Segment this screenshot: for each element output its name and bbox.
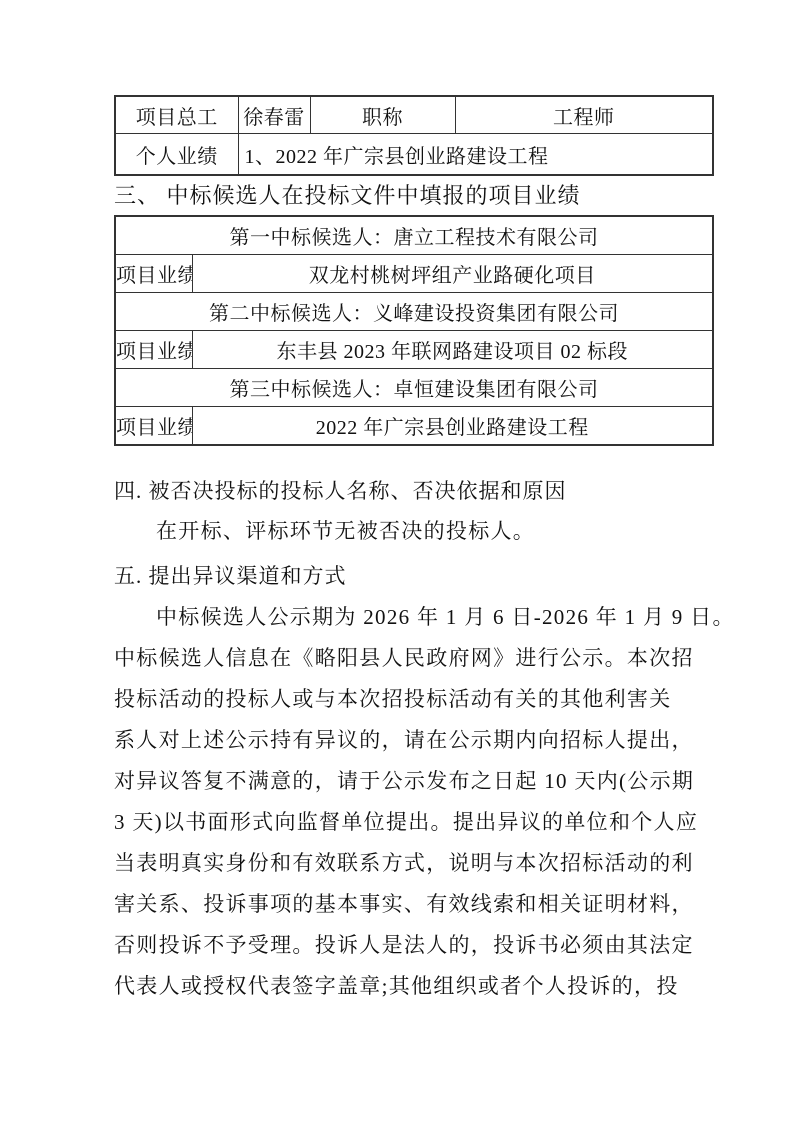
paragraph-line: 3 天)以书面形式向监督单位提出。提出异议的单位和个人应: [114, 802, 714, 843]
paragraph-line: 害关系、投诉事项的基本事实、有效线索和相关证明材料，: [114, 884, 714, 925]
second-candidate-name: 第二中标候选人：义峰建设投资集团有限公司: [115, 293, 713, 331]
project-chief-name: 徐春雷: [238, 96, 310, 134]
project-achievement-label: 项目业绩: [115, 331, 192, 369]
table-row: 个人业绩 1、2022 年广宗县创业路建设工程: [115, 134, 713, 176]
table-row: 项目业绩 东丰县 2023 年联网路建设项目 02 标段: [115, 331, 713, 369]
section-four-body: 在开标、评标环节无被否决的投标人。: [114, 511, 535, 552]
second-candidate-achievement: 东丰县 2023 年联网路建设项目 02 标段: [192, 331, 713, 369]
project-achievement-label: 项目业绩: [115, 407, 192, 446]
paragraph-line: 中标候选人公示期为 2026 年 1 月 6 日-2026 年 1 月 9 日。: [114, 597, 714, 638]
paragraph-line: 对异议答复不满意的，请于公示发布之日起 10 天内(公示期: [114, 761, 714, 802]
table-row: 项目业绩 双龙村桃树坪组产业路硬化项目: [115, 255, 713, 293]
first-candidate-name: 第一中标候选人：唐立工程技术有限公司: [115, 216, 713, 255]
personal-achievement-label: 个人业绩: [115, 134, 238, 176]
section-three-heading: 三、 中标候选人在投标文件中填报的项目业绩: [114, 183, 581, 209]
table-row: 第三中标候选人：卓恒建设集团有限公司: [115, 369, 713, 407]
paragraph-line: 代表人或授权代表签字盖章;其他组织或者个人投诉的，投: [114, 966, 714, 1007]
first-candidate-achievement: 双龙村桃树坪组产业路硬化项目: [192, 255, 713, 293]
job-title-value: 工程师: [455, 96, 713, 134]
table-row: 第二中标候选人：义峰建设投资集团有限公司: [115, 293, 713, 331]
section-five-paragraph: 中标候选人公示期为 2026 年 1 月 6 日-2026 年 1 月 9 日。…: [114, 597, 714, 1007]
paragraph-line: 中标候选人信息在《略阳县人民政府网》进行公示。本次招: [114, 638, 714, 679]
paragraph-line: 投标活动的投标人或与本次招投标活动有关的其他利害关: [114, 679, 714, 720]
table-row: 项目业绩 2022 年广宗县创业路建设工程: [115, 407, 713, 446]
candidates-table: 第一中标候选人：唐立工程技术有限公司 项目业绩 双龙村桃树坪组产业路硬化项目 第…: [114, 215, 714, 446]
section-four-heading: 四. 被否决投标的投标人名称、否决依据和原因: [114, 479, 567, 504]
paragraph-line: 系人对上述公示持有异议的，请在公示期内向招标人提出，: [114, 720, 714, 761]
section-five-heading: 五. 提出异议渠道和方式: [114, 564, 347, 589]
third-candidate-name: 第三中标候选人：卓恒建设集团有限公司: [115, 369, 713, 407]
table-row: 项目总工 徐春雷 职称 工程师: [115, 96, 713, 134]
document-page: 项目总工 徐春雷 职称 工程师 个人业绩 1、2022 年广宗县创业路建设工程 …: [0, 0, 793, 1122]
paragraph-line: 否则投诉不予受理。投诉人是法人的，投诉书必须由其法定: [114, 925, 714, 966]
table-row: 第一中标候选人：唐立工程技术有限公司: [115, 216, 713, 255]
project-achievement-label: 项目业绩: [115, 255, 192, 293]
job-title-label: 职称: [310, 96, 455, 134]
personal-achievement-value: 1、2022 年广宗县创业路建设工程: [238, 134, 713, 176]
project-chief-label: 项目总工: [115, 96, 238, 134]
personnel-table: 项目总工 徐春雷 职称 工程师 个人业绩 1、2022 年广宗县创业路建设工程: [114, 95, 714, 176]
third-candidate-achievement: 2022 年广宗县创业路建设工程: [192, 407, 713, 446]
paragraph-line: 当表明真实身份和有效联系方式，说明与本次招标活动的利: [114, 843, 714, 884]
